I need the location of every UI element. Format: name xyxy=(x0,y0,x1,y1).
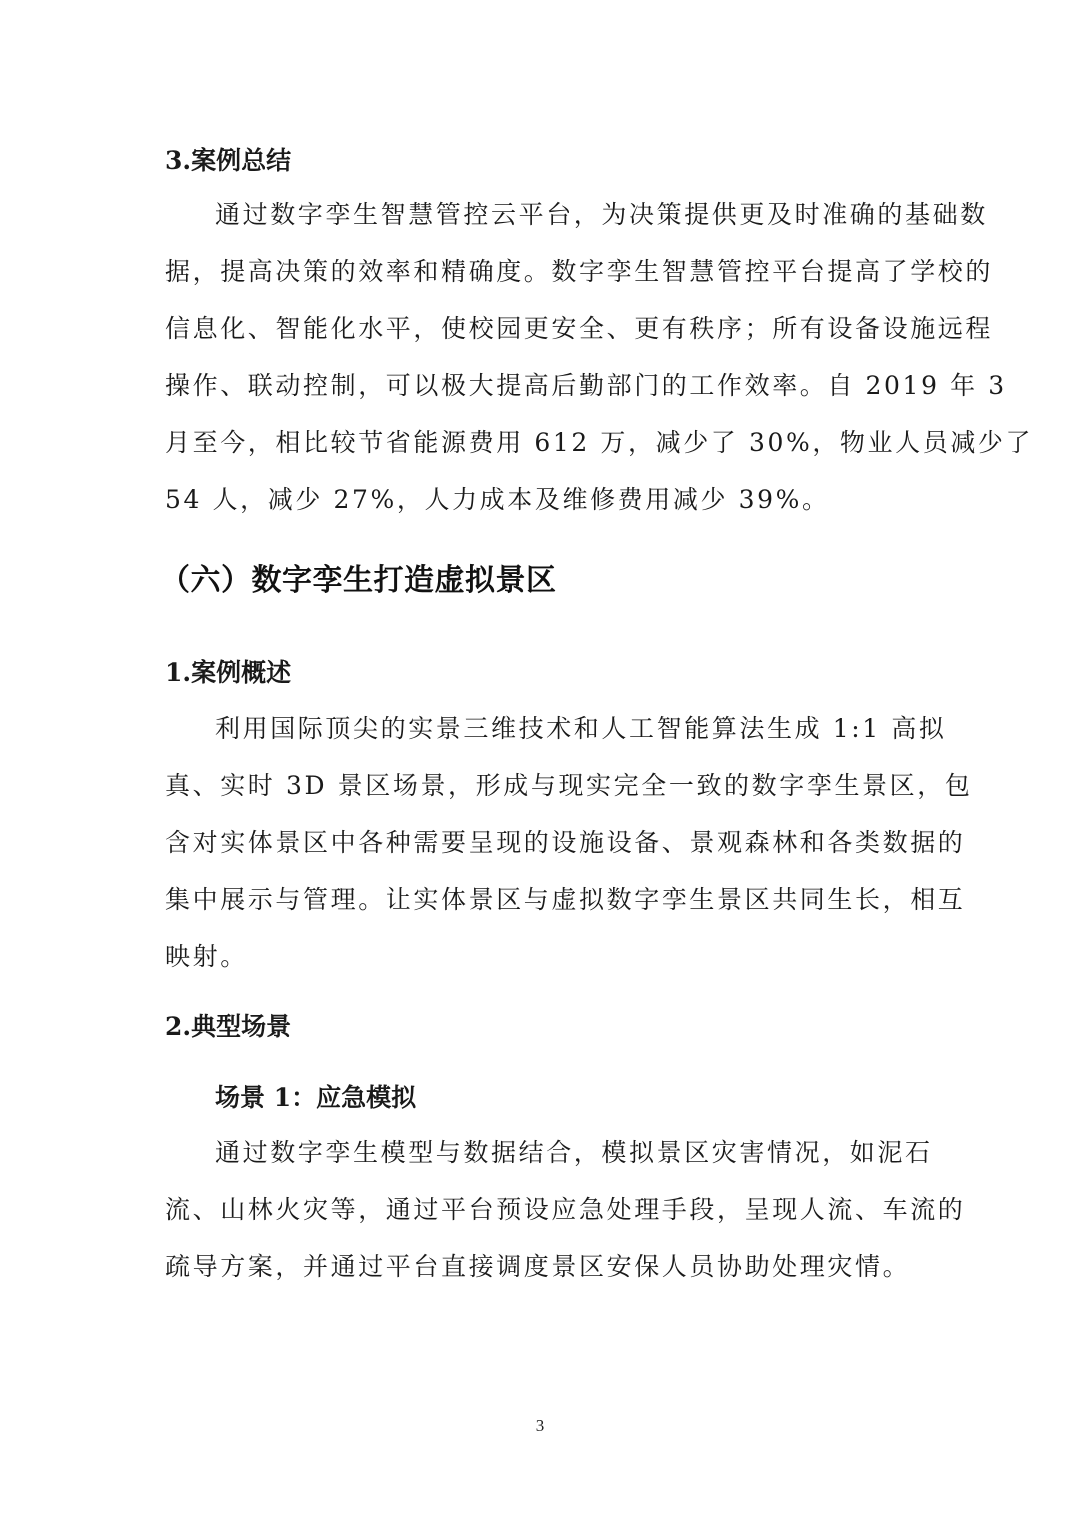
paragraph-overview: 利用国际顶尖的实景三维技术和人工智能算法生成 1:1 高拟 真、实时 3D 景区… xyxy=(165,700,915,985)
page-number: 3 xyxy=(0,1416,1080,1436)
paragraph-summary: 通过数字孪生智慧管控云平台，为决策提供更及时准确的基础数 据，提高决策的效率和精… xyxy=(165,186,915,528)
paragraph-line: 含对实体景区中各种需要呈现的设施设备、景观森林和各类数据的 xyxy=(165,814,915,871)
paragraph-line: 真、实时 3D 景区场景，形成与现实完全一致的数字孪生景区，包 xyxy=(165,757,915,814)
section-heading-overview: 1.案例概述 xyxy=(165,658,915,688)
chapter-title: （六）数字孪生打造虚拟景区 xyxy=(160,563,910,599)
document-page: 3.案例总结 通过数字孪生智慧管控云平台，为决策提供更及时准确的基础数 据，提高… xyxy=(0,0,1080,1527)
paragraph-line: 通过数字孪生模型与数据结合，模拟景区灾害情况，如泥石 xyxy=(165,1124,915,1181)
section-heading-scenes: 2.典型场景 xyxy=(165,1012,915,1042)
paragraph-line: 54 人，减少 27%，人力成本及维修费用减少 39%。 xyxy=(165,471,915,528)
paragraph-line: 操作、联动控制，可以极大提高后勤部门的工作效率。自 2019 年 3 xyxy=(165,357,915,414)
paragraph-line: 利用国际顶尖的实景三维技术和人工智能算法生成 1:1 高拟 xyxy=(165,700,915,757)
section-heading-summary: 3.案例总结 xyxy=(165,146,915,176)
scene-heading: 场景 1：应急模拟 xyxy=(215,1083,965,1113)
paragraph-scene1: 通过数字孪生模型与数据结合，模拟景区灾害情况，如泥石 流、山林火灾等，通过平台预… xyxy=(165,1124,915,1295)
paragraph-line: 据，提高决策的效率和精确度。数字孪生智慧管控平台提高了学校的 xyxy=(165,243,915,300)
paragraph-line: 通过数字孪生智慧管控云平台，为决策提供更及时准确的基础数 xyxy=(165,186,915,243)
paragraph-line: 流、山林火灾等，通过平台预设应急处理手段，呈现人流、车流的 xyxy=(165,1181,915,1238)
paragraph-line: 集中展示与管理。让实体景区与虚拟数字孪生景区共同生长，相互 xyxy=(165,871,915,928)
paragraph-line: 疏导方案，并通过平台直接调度景区安保人员协助处理灾情。 xyxy=(165,1238,915,1295)
paragraph-line: 月至今，相比较节省能源费用 612 万，减少了 30%，物业人员减少了 xyxy=(165,414,915,471)
paragraph-line: 信息化、智能化水平，使校园更安全、更有秩序；所有设备设施远程 xyxy=(165,300,915,357)
paragraph-line: 映射。 xyxy=(165,928,915,985)
